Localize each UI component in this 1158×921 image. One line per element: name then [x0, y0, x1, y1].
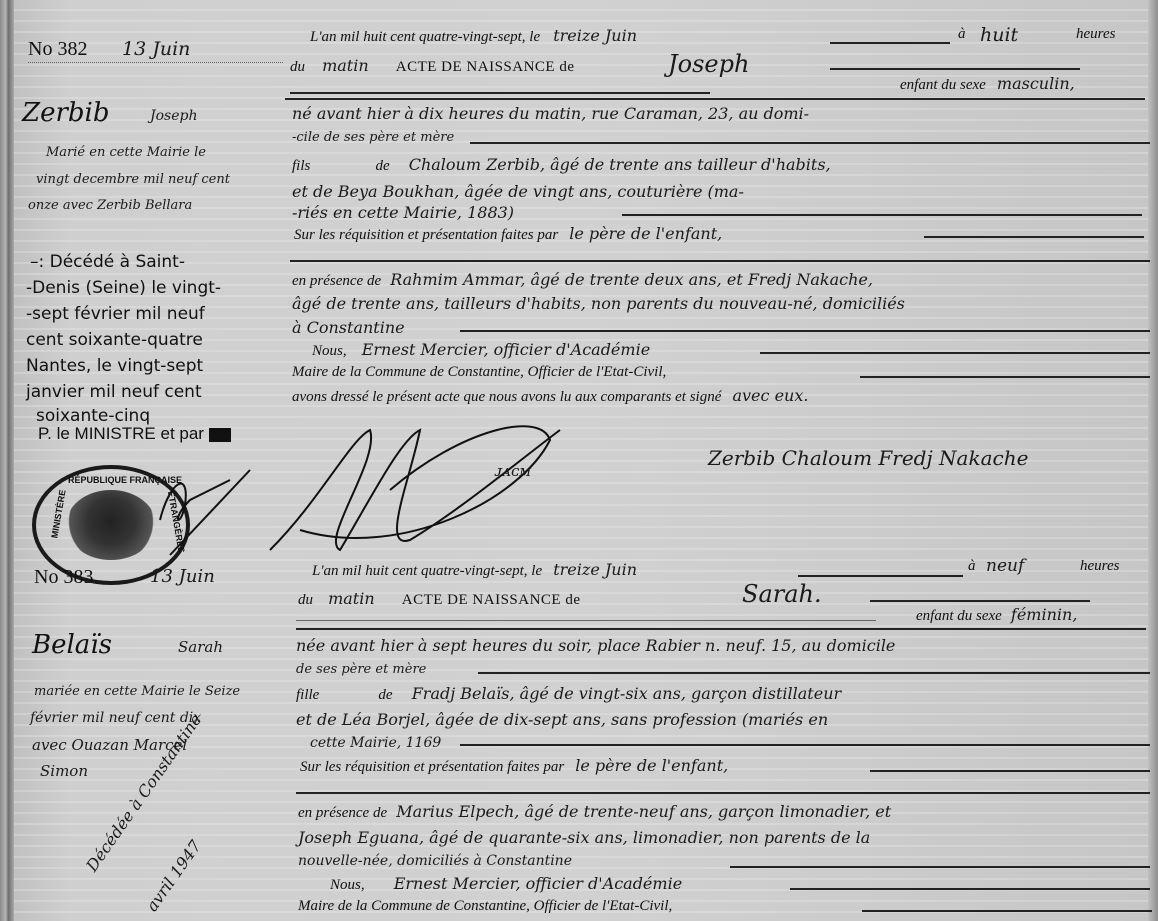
page-edge — [1148, 0, 1158, 921]
act-margin-date: 13 Juin — [122, 38, 190, 60]
death-note-line: -Denis (Seine) le vingt- — [26, 278, 221, 298]
death-note-line: -sept février mil neuf — [26, 304, 205, 324]
witness-details: Joseph Eguana, âgé de quarante-six ans, … — [298, 828, 870, 847]
printed-text: Maire de la Commune de Constantine, Offi… — [292, 364, 666, 381]
handwritten-text: le père de l'enfant, — [575, 756, 728, 775]
act-line-mayor: Nous, Ernest Mercier, officier d'Académi… — [330, 874, 682, 894]
margin-surname: Zerbib — [22, 98, 109, 128]
handwritten-date: treize Juin — [553, 560, 637, 579]
witness-details: Rahmim Ammar, âgé de trente deux ans, et… — [390, 270, 873, 289]
act-number: No 382 — [28, 38, 87, 61]
death-note-line: Nantes, le vingt-sept — [26, 356, 203, 376]
handwritten-hour: neuf — [986, 556, 1024, 576]
fill-line — [760, 352, 1150, 354]
seal-text-left: MINISTÈRE — [49, 489, 67, 539]
fill-line — [460, 744, 1150, 746]
margin-surname: Belaïs — [32, 630, 112, 660]
act-line-requisition: Sur les réquisition et présentation fait… — [300, 756, 728, 776]
act-line-requisition: Sur les réquisition et présentation fait… — [294, 224, 722, 244]
fill-line — [830, 42, 950, 44]
handwritten-time: matin — [328, 589, 375, 608]
handwritten-sex: féminin, — [1011, 605, 1078, 624]
act-line-1: L'an mil huit cent quatre-vingt-sept, le… — [310, 26, 637, 46]
printed-text: Nous, — [312, 343, 347, 359]
printed-text: L'an mil huit cent quatre-vingt-sept, le — [310, 29, 540, 45]
printed-text: L'an mil huit cent quatre-vingt-sept, le — [312, 563, 542, 579]
handwritten-sex: masculin, — [997, 74, 1075, 93]
printed-text: heures — [1080, 558, 1119, 575]
act-number: No 383 — [34, 566, 93, 589]
act-line-3: enfant du sexe masculin, — [900, 74, 1075, 94]
printed-text: Maire de la Commune de Constantine, Offi… — [298, 898, 672, 915]
seal-emblem-icon — [66, 490, 156, 560]
act-line-3: enfant du sexe féminin, — [916, 605, 1077, 625]
printed-text: fils — [292, 158, 310, 174]
printed-text: de — [378, 687, 392, 703]
printed-text: du — [298, 592, 313, 608]
act-line-witnesses: en présence de Rahmim Ammar, âgé de tren… — [292, 270, 873, 290]
fill-line — [798, 575, 963, 577]
act-line-2: du matin ACTE DE NAISSANCE de — [298, 589, 581, 609]
printed-heading: ACTE DE NAISSANCE de — [402, 592, 581, 608]
fill-line — [460, 330, 1150, 332]
father-details: Fradj Belaïs, âgé de vingt-six ans, garç… — [412, 684, 841, 703]
printed-text: Sur les réquisition et présentation fait… — [294, 227, 558, 243]
fill-line — [296, 792, 1150, 794]
mayor-name: Ernest Mercier, officier d'Académie — [362, 340, 650, 359]
death-note-line: soixante-cinq — [36, 406, 150, 426]
printed-text: fille — [296, 687, 319, 703]
mother-details: et de Beya Boukhan, âgée de vingt ans, c… — [292, 182, 744, 201]
handwritten-date: treize Juin — [553, 26, 637, 45]
printed-text: de — [375, 158, 389, 174]
fill-line — [924, 236, 1144, 238]
margin-note-line: onze avec Zerbib Bellara — [28, 198, 192, 213]
fill-line — [730, 866, 1150, 868]
margin-note-line: vingt decembre mil neuf cent — [36, 172, 230, 187]
ministre-text: P. le MINISTRE et par — [38, 424, 204, 443]
witness-signatures: Zerbib Chaloum Fredj Nakache — [708, 446, 1028, 470]
handwritten-text: avec eux. — [732, 386, 808, 405]
printed-text: enfant du sexe — [916, 608, 1002, 624]
handwritten-text: le père de l'enfant, — [569, 224, 722, 243]
register-page: No 382 13 Juin Zerbib Joseph Marié en ce… — [0, 0, 1158, 921]
handwritten-text: -cile de ses père et mère — [292, 130, 454, 145]
child-firstname: Sarah. — [742, 580, 822, 608]
printed-text: Sur les réquisition et présentation fait… — [300, 759, 564, 775]
father-details: Chaloum Zerbib, âgé de trente ans taille… — [409, 155, 831, 174]
margin-note-line: février mil neuf cent dix — [30, 710, 201, 726]
margin-firstname: Joseph — [150, 108, 198, 124]
act-line-witnesses: en présence de Marius Elpech, âgé de tre… — [298, 802, 891, 822]
witness-details: Marius Elpech, âgé de trente-neuf ans, g… — [396, 802, 891, 821]
printed-text: en présence de — [292, 273, 381, 289]
handwritten-text: né avant hier à dix heures du matin, rue… — [292, 104, 809, 123]
handwritten-time: matin — [322, 56, 369, 75]
fill-line — [830, 68, 1080, 70]
handwritten-hour: huit — [980, 24, 1018, 46]
page-binding — [0, 0, 14, 921]
fill-line — [296, 628, 1146, 630]
printed-text: heures — [1076, 26, 1115, 43]
act-line-father: fille de Fradj Belaïs, âgé de vingt-six … — [296, 684, 841, 704]
redaction-mark — [209, 428, 231, 442]
ministre-stamp-line: P. le MINISTRE et par — [38, 424, 231, 444]
handwritten-text: à Constantine — [292, 318, 405, 337]
fill-line — [290, 260, 1150, 262]
margin-note-line: mariée en cette Mairie le Seize — [34, 684, 240, 699]
death-note-line: janvier mil neuf cent — [26, 382, 202, 402]
death-note-line: cent soixante-quatre — [26, 330, 203, 350]
child-firstname: Joseph — [668, 50, 749, 78]
fill-line — [870, 600, 1090, 602]
act-line-mayor: Nous, Ernest Mercier, officier d'Académi… — [312, 340, 650, 360]
handwritten-text: nouvelle-née, domiciliés à Constantine — [298, 853, 572, 869]
margin-firstname: Sarah — [178, 638, 223, 656]
margin-note-line: Simon — [40, 762, 88, 780]
printed-text: à — [968, 558, 976, 575]
act-line-1: L'an mil huit cent quatre-vingt-sept, le… — [312, 560, 637, 580]
mayor-signature-icon — [260, 400, 590, 570]
printed-text: Nous, — [330, 877, 365, 893]
fill-line — [478, 672, 1150, 674]
fill-line — [790, 888, 1150, 890]
death-note-rotated: avril 1947 — [142, 837, 205, 915]
fill-line — [470, 142, 1150, 144]
margin-note-line: Marié en cette Mairie le — [46, 145, 206, 160]
death-note-line: –: Décédé à Saint- — [30, 252, 185, 272]
handwritten-text: cette Mairie, 1169 — [310, 735, 441, 751]
handwritten-text: -riés en cette Mairie, 1883) — [292, 203, 514, 222]
act-margin-date: 13 Juin — [150, 566, 215, 587]
handwritten-text: née avant hier à sept heures du soir, pl… — [296, 636, 895, 655]
printed-heading: ACTE DE NAISSANCE de — [396, 59, 575, 75]
fill-line — [860, 376, 1150, 378]
witness-details: âgé de trente ans, tailleurs d'habits, n… — [292, 294, 905, 313]
printed-text: à — [958, 26, 966, 43]
fill-line — [862, 910, 1152, 912]
fill-line — [290, 92, 710, 94]
fill-line — [296, 620, 876, 621]
act-line-father: fils de Chaloum Zerbib, âgé de trente an… — [292, 155, 831, 175]
fill-line — [870, 770, 1150, 772]
printed-text: enfant du sexe — [900, 77, 986, 93]
handwritten-text: de ses père et mère — [296, 662, 426, 677]
fill-line — [622, 214, 1142, 216]
divider — [28, 62, 283, 64]
mother-details: et de Léa Borjel, âgée de dix-sept ans, … — [296, 710, 828, 729]
printed-text: du — [290, 59, 305, 75]
act-line-2: du matin ACTE DE NAISSANCE de — [290, 56, 575, 76]
printed-text: en présence de — [298, 805, 387, 821]
mayor-name: Ernest Mercier, officier d'Académie — [394, 874, 682, 893]
signature-mark: ᴊᴀᴄᴍ — [495, 462, 531, 480]
fill-line — [285, 98, 1145, 100]
minister-signature-icon — [150, 460, 260, 560]
